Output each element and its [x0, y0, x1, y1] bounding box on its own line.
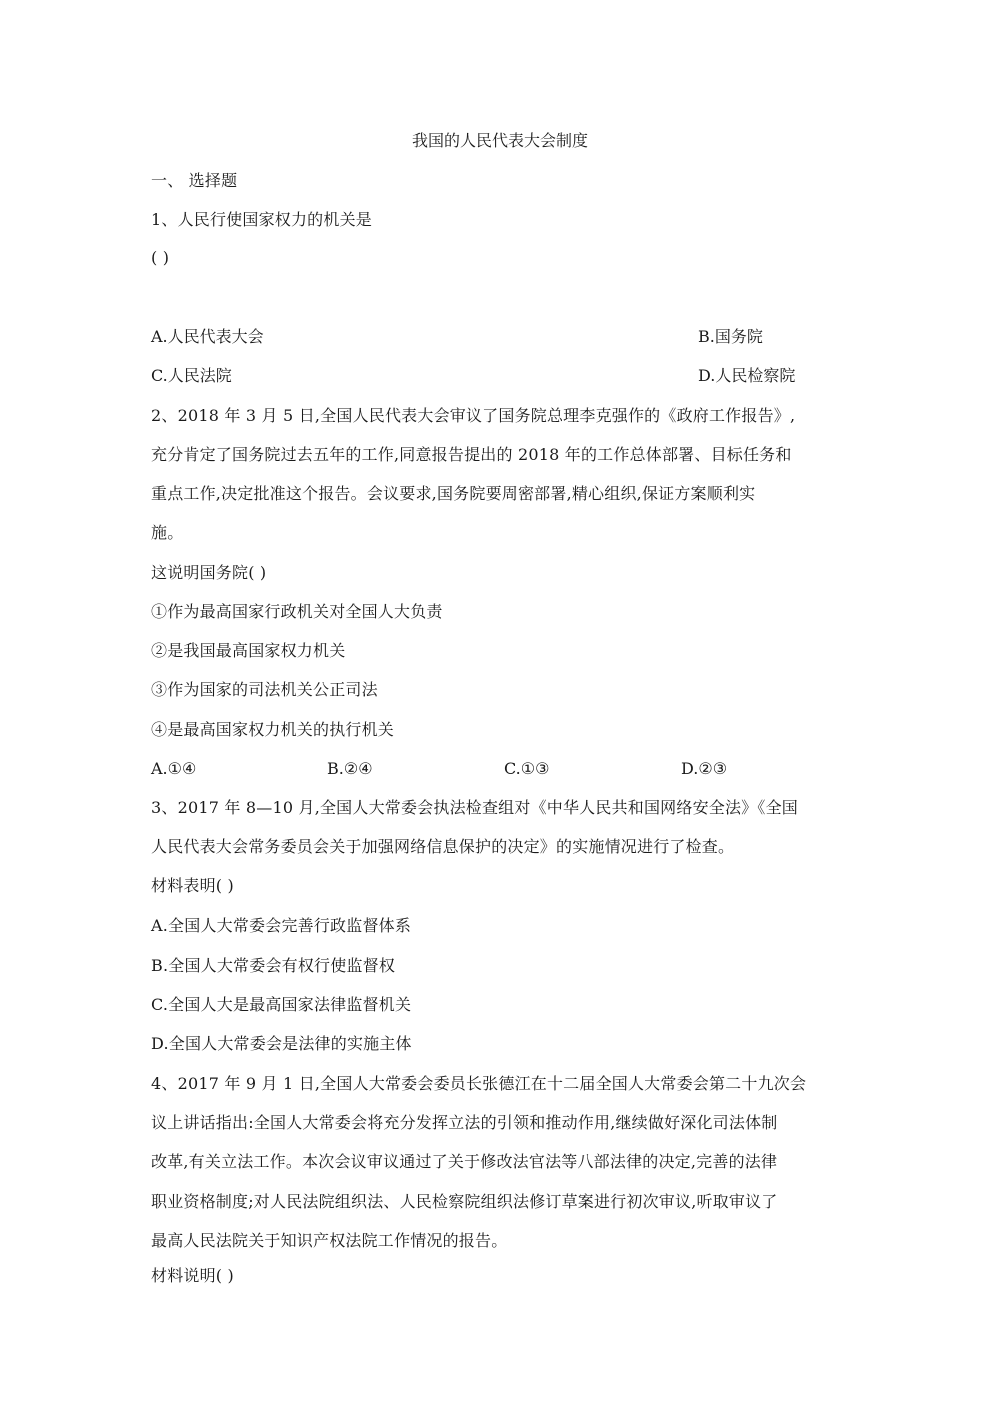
section-heading: 一、 选择题: [151, 171, 237, 191]
question-4-stem-line: 议上讲话指出:全国人大常委会将充分发挥立法的引领和推动作用,继续做好深化司法体制: [151, 1113, 777, 1133]
question-2-option-d: D.②③: [681, 759, 727, 779]
question-3-stem-line: 3、2017 年 8—10 月,全国人大常委会执法检查组对《中华人民共和国网络安…: [151, 798, 798, 818]
question-2-stem-line: 2、2018 年 3 月 5 日,全国人民代表大会审议了国务院总理李克强作的《政…: [151, 406, 795, 426]
question-3-prompt: 材料表明( ): [151, 876, 234, 896]
question-3-stem-line: 人民代表大会常务委员会关于加强网络信息保护的决定》的实施情况进行了检查。: [151, 837, 734, 857]
question-1-option-b: B.国务院: [698, 327, 763, 347]
question-1-answer-blank: ( ): [151, 248, 169, 268]
question-4-stem-line: 4、2017 年 9 月 1 日,全国人大常委会委员长张德江在十二届全国人大常委…: [151, 1074, 806, 1094]
question-2-stem-line: 充分肯定了国务院过去五年的工作,同意报告提出的 2018 年的工作总体部署、目标…: [151, 445, 792, 465]
question-4-prompt: 材料说明( ): [151, 1266, 234, 1286]
question-4-stem-line: 最高人民法院关于知识产权法院工作情况的报告。: [151, 1231, 507, 1251]
question-4-stem-line: 职业资格制度;对人民法院组织法、人民检察院组织法修订草案进行初次审议,听取审议了: [151, 1192, 777, 1212]
question-2-stem-line: 施。: [151, 523, 183, 543]
question-1-option-a: A.人民代表大会: [151, 327, 264, 347]
question-2-stem-line: 重点工作,决定批准这个报告。会议要求,国务院要周密部署,精心组织,保证方案顺利实: [151, 484, 755, 504]
question-4-stem-line: 改革,有关立法工作。本次会议审议通过了关于修改法官法等八部法律的决定,完善的法律: [151, 1152, 777, 1172]
question-1-option-c: C.人民法院: [151, 366, 232, 386]
question-2-option-b: B.②④: [327, 759, 373, 779]
question-1-option-d: D.人民检察院: [698, 366, 795, 386]
question-3-option-b: B.全国人大常委会有权行使监督权: [151, 956, 395, 976]
question-2-statement-1: ①作为最高国家行政机关对全国人大负责: [151, 602, 443, 622]
question-2-option-c: C.①③: [504, 759, 549, 779]
question-2-statement-3: ③作为国家的司法机关公正司法: [151, 680, 378, 700]
question-2-statement-4: ④是最高国家权力机关的执行机关: [151, 720, 394, 740]
question-3-option-d: D.全国人大常委会是法律的实施主体: [151, 1034, 412, 1054]
question-3-option-c: C.全国人大是最高国家法律监督机关: [151, 995, 411, 1015]
question-1-stem: 1、人民行使国家权力的机关是: [151, 210, 372, 230]
question-3-option-a: A.全国人大常委会完善行政监督体系: [151, 916, 411, 936]
document-title: 我国的人民代表大会制度: [0, 131, 1000, 151]
question-2-prompt: 这说明国务院( ): [151, 563, 266, 583]
question-2-option-a: A.①④: [151, 759, 196, 779]
question-2-statement-2: ②是我国最高国家权力机关: [151, 641, 345, 661]
